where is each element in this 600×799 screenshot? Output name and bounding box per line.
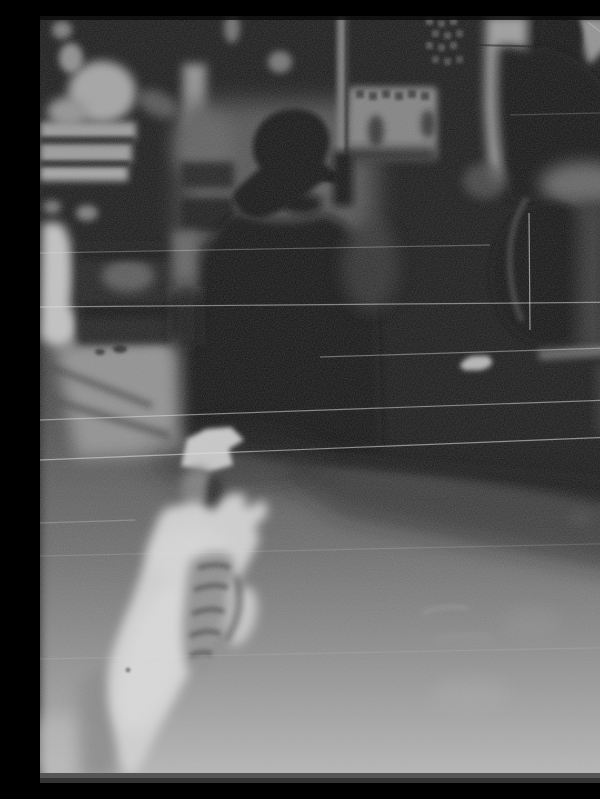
photograph (40, 16, 600, 783)
top-border (40, 16, 600, 20)
film-grain-overlay (40, 16, 600, 783)
bottom-border (40, 778, 600, 783)
photo-svg (40, 16, 600, 783)
